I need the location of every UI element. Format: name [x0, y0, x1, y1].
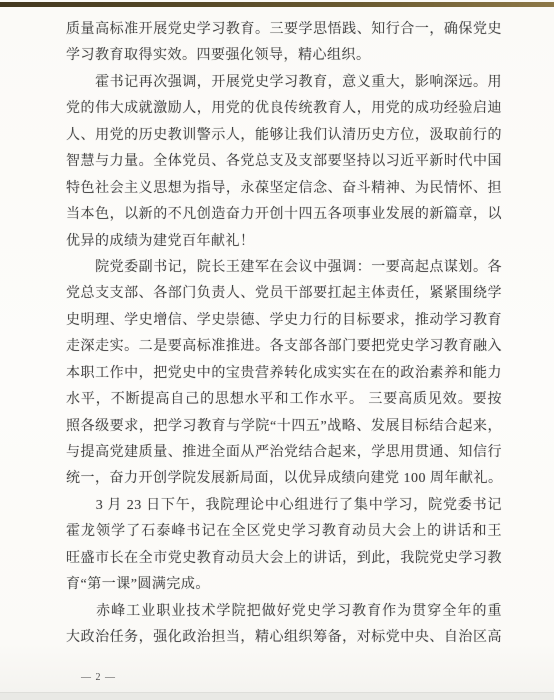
- text-line: 优异的成绩为建党百年献礼！: [66, 229, 502, 255]
- text-line: 当本色，以新的不凡创造奋力开创十四五各项事业发展的新篇章，以: [66, 202, 502, 228]
- text-line: 水平，不断提高自己的思想水平和工作水平。 三要高质见效。要按: [66, 387, 502, 413]
- text-line: 学习教育取得实效。四要强化领导，精心组织。: [66, 43, 502, 69]
- text-line: 与提高党建质量、推进全面从严治党结合起来，学思用贯通、知信行: [66, 440, 502, 466]
- text-line: 党总支支部、各部门负责人、党员干部要扛起主体责任，紧紧围绕学: [66, 281, 502, 307]
- text-line: 霍龙领学了石泰峰书记在全区党史学习教育动员大会上的讲话和王: [66, 519, 502, 545]
- text-line: 大政治任务，强化政治担当，精心组织筹备，对标党中央、自治区高: [66, 625, 502, 651]
- text-line: 人、用党的历史教训警示人，能够让我们认清历史方位，汲取前行的: [66, 123, 502, 149]
- text-line: 院党委副书记，院长王建军在会议中强调：一要高起点谋划。各: [66, 255, 502, 281]
- scan-edge-top: [0, 2, 554, 7]
- text-line: 霍书记再次强调，开展党史学习教育，意义重大，影响深远。用: [66, 70, 502, 96]
- text-line: 智慧与力量。全体党员、各党总支及支部要坚持以习近平新时代中国: [66, 149, 502, 175]
- text-line: 本职工作中，把党史中的宝贵营养转化成实实在在的政治素养和能力: [66, 361, 502, 387]
- text-line: 特色社会主义思想为指导，永葆坚定信念、奋斗精神、为民情怀、担: [66, 176, 502, 202]
- text-line: 旺盛市长在全市党史教育动员大会上的讲话，到此，我院党史学习教: [66, 546, 502, 572]
- text-line: 照各级要求，把学习教育与学院“十四五”战略、发展目标结合起来，: [66, 414, 502, 440]
- text-line: 统一，奋力开创学院发展新局面，以优异成绩向建党 100 周年献礼。: [66, 466, 502, 492]
- text-line: 史明理、学史增信、学史崇德、学史力行的目标要求，推动学习教育: [66, 308, 502, 334]
- text-line: 赤峰工业职业技术学院把做好党史学习教育作为贯穿全年的重: [66, 599, 502, 625]
- text-line: 质量高标准开展党史学习教育。三要学思悟践、知行合一，确保党史: [66, 17, 502, 43]
- text-line: 育“第一课”圆满完成。: [66, 572, 502, 598]
- text-line: 3 月 23 日下午，我院理论中心组进行了集中学习，院党委书记: [66, 493, 502, 519]
- page-number: — 2 —: [81, 672, 116, 683]
- scan-edge-bottom: [0, 692, 554, 700]
- document-body: 质量高标准开展党史学习教育。三要学思悟践、知行合一，确保党史学习教育取得实效。四…: [66, 17, 502, 652]
- text-line: 走深走实。二是要高标准推进。各支部各部门要把党史学习教育融入: [66, 334, 502, 360]
- text-line: 党的伟大成就激励人，用党的优良传统教育人，用党的成功经验启迪: [66, 96, 502, 122]
- document-page: 质量高标准开展党史学习教育。三要学思悟践、知行合一，确保党史学习教育取得实效。四…: [0, 0, 554, 700]
